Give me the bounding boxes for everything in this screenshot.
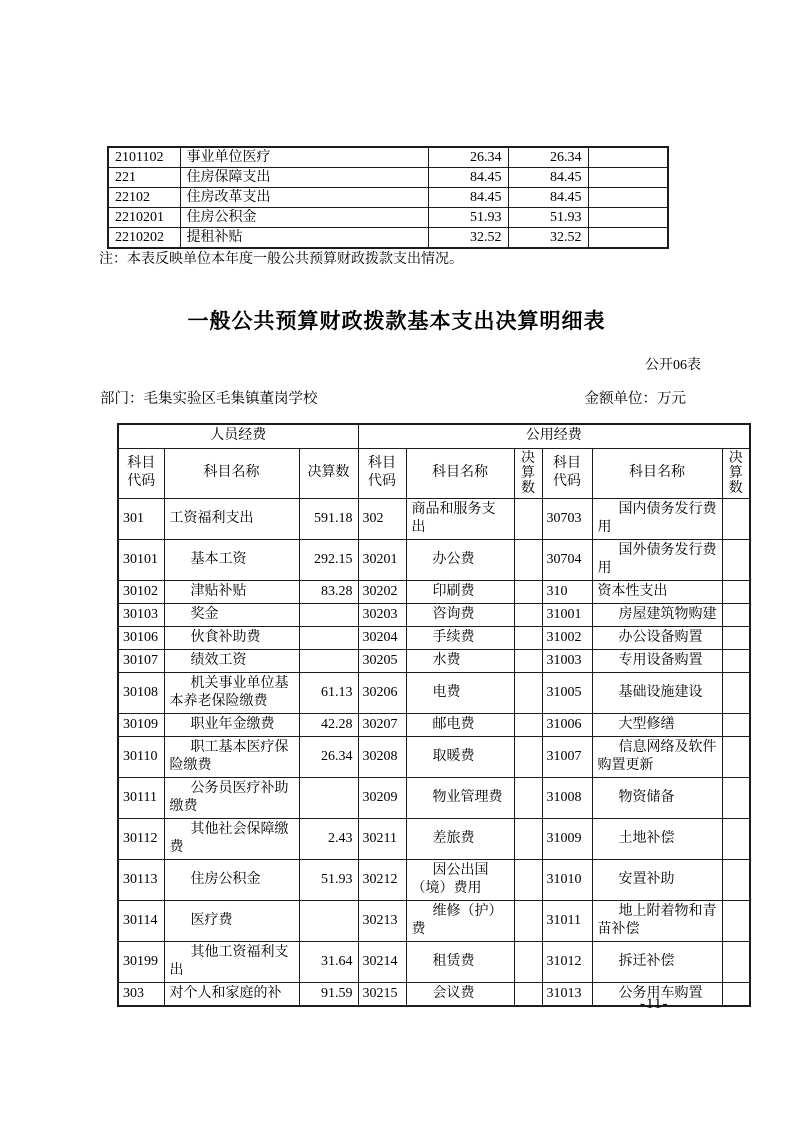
cell-code: 30704 — [542, 539, 592, 580]
cell-code: 2101102 — [108, 147, 180, 168]
cell-value: 61.13 — [299, 672, 358, 713]
cell-code: 301 — [118, 498, 164, 539]
cell-value — [588, 208, 668, 228]
cell-value — [514, 982, 542, 1006]
cell-name: 专用设备购置 — [592, 649, 722, 672]
cell-code: 31011 — [542, 900, 592, 941]
col-header-final-amount-1: 决算数 — [299, 448, 358, 498]
detail-table-body: 301工资福利支出591.18302商品和服务支出30703国内债务发行费用30… — [118, 498, 750, 1006]
cell-value: 84.45 — [508, 168, 588, 188]
col-header-subject-name-3: 科目名称 — [592, 448, 722, 498]
cell-value: 42.28 — [299, 713, 358, 736]
cell-name: 事业单位医疗 — [180, 147, 428, 168]
cell-code: 2210201 — [108, 208, 180, 228]
cell-name: 房屋建筑物购建 — [592, 603, 722, 626]
cell-value — [722, 626, 750, 649]
cell-code: 31009 — [542, 818, 592, 859]
table-row: 30107绩效工资30205水费31003专用设备购置 — [118, 649, 750, 672]
cell-value — [722, 649, 750, 672]
cell-code: 30109 — [118, 713, 164, 736]
cell-name: 水费 — [406, 649, 514, 672]
cell-code: 30214 — [358, 941, 406, 982]
cell-name: 地上附着物和青苗补偿 — [592, 900, 722, 941]
document-page: 2101102事业单位医疗26.3426.34221住房保障支出84.4584.… — [0, 0, 793, 1122]
cell-value — [722, 736, 750, 777]
cell-code: 30208 — [358, 736, 406, 777]
table-row: 30109职业年金缴费42.2830207邮电费31006大型修缮 — [118, 713, 750, 736]
cell-value: 591.18 — [299, 498, 358, 539]
cell-code: 30213 — [358, 900, 406, 941]
cell-value — [514, 941, 542, 982]
cell-value — [514, 777, 542, 818]
cell-value — [722, 713, 750, 736]
table-row: 30111公务员医疗补助缴费30209物业管理费31008物资储备 — [118, 777, 750, 818]
cell-code: 302 — [358, 498, 406, 539]
page-number: -11- — [640, 996, 668, 1013]
cell-code: 30110 — [118, 736, 164, 777]
cell-name: 因公出国（境）费用 — [406, 859, 514, 900]
cell-name: 奖金 — [164, 603, 299, 626]
cell-value: 31.64 — [299, 941, 358, 982]
table-row: 30112其他社会保障缴费2.4330211差旅费31009土地补偿 — [118, 818, 750, 859]
cell-value — [514, 580, 542, 603]
cell-code: 303 — [118, 982, 164, 1006]
table-row: 30103奖金30203咨询费31001房屋建筑物购建 — [118, 603, 750, 626]
cell-value — [299, 649, 358, 672]
header-personnel-expenses: 人员经费 — [118, 424, 358, 448]
col-header-subject-name-1: 科目名称 — [164, 448, 299, 498]
cell-name: 拆迁补偿 — [592, 941, 722, 982]
cell-value — [722, 539, 750, 580]
cell-code: 31001 — [542, 603, 592, 626]
cell-name: 住房保障支出 — [180, 168, 428, 188]
cell-code: 30114 — [118, 900, 164, 941]
cell-code: 31003 — [542, 649, 592, 672]
cell-code: 30112 — [118, 818, 164, 859]
cell-value — [722, 941, 750, 982]
cell-code: 30703 — [542, 498, 592, 539]
cell-value: 84.45 — [508, 188, 588, 208]
carryover-table-body: 2101102事业单位医疗26.3426.34221住房保障支出84.4584.… — [108, 147, 668, 248]
col-header-subject-code-3: 科目代码 — [542, 448, 592, 498]
col-header-final-amount-2: 决算数 — [514, 448, 542, 498]
cell-code: 30113 — [118, 859, 164, 900]
cell-value — [514, 603, 542, 626]
cell-value: 26.34 — [428, 147, 508, 168]
cell-value: 32.52 — [508, 228, 588, 249]
cell-code: 30205 — [358, 649, 406, 672]
cell-name: 差旅费 — [406, 818, 514, 859]
cell-value — [514, 649, 542, 672]
table-row: 30106伙食补助费30204手续费31002办公设备购置 — [118, 626, 750, 649]
cell-name: 基础设施建设 — [592, 672, 722, 713]
cell-value — [514, 672, 542, 713]
cell-value — [722, 580, 750, 603]
table-row: 30114医疗费30213维修（护）费31011地上附着物和青苗补偿 — [118, 900, 750, 941]
cell-name: 手续费 — [406, 626, 514, 649]
header-public-expenses: 公用经费 — [358, 424, 750, 448]
cell-value: 84.45 — [428, 168, 508, 188]
cell-name: 国外债务发行费用 — [592, 539, 722, 580]
amount-unit-label: 金额单位：万元 — [585, 387, 687, 408]
cell-code: 31007 — [542, 736, 592, 777]
table-row: 30102津贴补贴83.2830202印刷费310资本性支出 — [118, 580, 750, 603]
cell-value — [722, 900, 750, 941]
cell-value: 2.43 — [299, 818, 358, 859]
cell-value — [722, 672, 750, 713]
cell-name: 公务员医疗补助缴费 — [164, 777, 299, 818]
cell-name: 国内债务发行费用 — [592, 498, 722, 539]
table-row: 30101基本工资292.1530201办公费30704国外债务发行费用 — [118, 539, 750, 580]
cell-name: 咨询费 — [406, 603, 514, 626]
cell-value: 51.93 — [299, 859, 358, 900]
cell-code: 31013 — [542, 982, 592, 1006]
cell-code: 221 — [108, 168, 180, 188]
cell-code: 30204 — [358, 626, 406, 649]
table-row: 22102住房改革支出84.4584.45 — [108, 188, 668, 208]
cell-name: 土地补偿 — [592, 818, 722, 859]
cell-value — [514, 626, 542, 649]
cell-name: 对个人和家庭的补 — [164, 982, 299, 1006]
cell-name: 绩效工资 — [164, 649, 299, 672]
cell-name: 物资储备 — [592, 777, 722, 818]
table-row: 301工资福利支出591.18302商品和服务支出30703国内债务发行费用 — [118, 498, 750, 539]
sheet-label: 公开06表 — [645, 354, 701, 374]
cell-name: 津贴补贴 — [164, 580, 299, 603]
table-row: 30110职工基本医疗保险缴费26.3430208取暖费31007信息网络及软件… — [118, 736, 750, 777]
cell-code: 30108 — [118, 672, 164, 713]
cell-code: 30199 — [118, 941, 164, 982]
cell-name: 医疗费 — [164, 900, 299, 941]
cell-code: 30202 — [358, 580, 406, 603]
cell-name: 其他社会保障缴费 — [164, 818, 299, 859]
table-note: 注：本表反映单位本年度一般公共预算财政拨款支出情况。 — [99, 251, 463, 268]
cell-name: 取暖费 — [406, 736, 514, 777]
cell-name: 机关事业单位基本养老保险缴费 — [164, 672, 299, 713]
cell-code: 30101 — [118, 539, 164, 580]
cell-name: 其他工资福利支出 — [164, 941, 299, 982]
cell-name: 提租补贴 — [180, 228, 428, 249]
cell-value — [514, 713, 542, 736]
table-row: 30113住房公积金51.9330212因公出国（境）费用31010安置补助 — [118, 859, 750, 900]
basic-expenditure-detail-table: 人员经费 公用经费 科目代码 科目名称 决算数 科目代码 科目名称 决算数 科目… — [117, 423, 751, 1007]
cell-code: 30211 — [358, 818, 406, 859]
cell-value — [588, 168, 668, 188]
cell-code: 30103 — [118, 603, 164, 626]
cell-code: 30106 — [118, 626, 164, 649]
cell-value — [299, 626, 358, 649]
cell-value — [722, 982, 750, 1006]
cell-code: 30206 — [358, 672, 406, 713]
col-header-subject-name-2: 科目名称 — [406, 448, 514, 498]
cell-name: 伙食补助费 — [164, 626, 299, 649]
cell-code: 30209 — [358, 777, 406, 818]
cell-name: 电费 — [406, 672, 514, 713]
cell-name: 信息网络及软件购置更新 — [592, 736, 722, 777]
cell-code: 30215 — [358, 982, 406, 1006]
cell-code: 31012 — [542, 941, 592, 982]
cell-value — [722, 818, 750, 859]
cell-value — [588, 228, 668, 249]
cell-code: 22102 — [108, 188, 180, 208]
col-header-subject-code-2: 科目代码 — [358, 448, 406, 498]
cell-value — [588, 147, 668, 168]
cell-value — [722, 498, 750, 539]
cell-value — [299, 777, 358, 818]
cell-name: 住房公积金 — [164, 859, 299, 900]
cell-value: 83.28 — [299, 580, 358, 603]
table-row: 2210202提租补贴32.5232.52 — [108, 228, 668, 249]
cell-code: 30212 — [358, 859, 406, 900]
cell-value — [722, 777, 750, 818]
department-label: 部门：毛集实验区毛集镇董岗学校 — [100, 387, 318, 408]
cell-name: 办公设备购置 — [592, 626, 722, 649]
cell-name: 住房改革支出 — [180, 188, 428, 208]
cell-name: 物业管理费 — [406, 777, 514, 818]
cell-name: 安置补助 — [592, 859, 722, 900]
cell-value — [514, 818, 542, 859]
group-header-row: 人员经费 公用经费 — [118, 424, 750, 448]
table-row: 2101102事业单位医疗26.3426.34 — [108, 147, 668, 168]
cell-code: 31008 — [542, 777, 592, 818]
cell-code: 30207 — [358, 713, 406, 736]
table-row: 30199其他工资福利支出31.6430214租赁费31012拆迁补偿 — [118, 941, 750, 982]
col-header-final-amount-3: 决算数 — [722, 448, 750, 498]
cell-name: 办公费 — [406, 539, 514, 580]
cell-code: 31002 — [542, 626, 592, 649]
cell-value: 91.59 — [299, 982, 358, 1006]
carryover-expenditure-table: 2101102事业单位医疗26.3426.34221住房保障支出84.4584.… — [107, 146, 669, 249]
cell-name: 租赁费 — [406, 941, 514, 982]
cell-value — [588, 188, 668, 208]
cell-value: 26.34 — [508, 147, 588, 168]
cell-name: 基本工资 — [164, 539, 299, 580]
cell-name: 住房公积金 — [180, 208, 428, 228]
col-header-subject-code-1: 科目代码 — [118, 448, 164, 498]
cell-code: 30111 — [118, 777, 164, 818]
detail-table-header: 人员经费 公用经费 科目代码 科目名称 决算数 科目代码 科目名称 决算数 科目… — [118, 424, 750, 498]
cell-code: 30107 — [118, 649, 164, 672]
cell-code: 31006 — [542, 713, 592, 736]
cell-name: 会议费 — [406, 982, 514, 1006]
cell-value — [722, 603, 750, 626]
cell-code: 2210202 — [108, 228, 180, 249]
cell-code: 30102 — [118, 580, 164, 603]
cell-value: 26.34 — [299, 736, 358, 777]
cell-value — [299, 900, 358, 941]
cell-name: 职业年金缴费 — [164, 713, 299, 736]
cell-value — [514, 736, 542, 777]
cell-name: 商品和服务支出 — [406, 498, 514, 539]
cell-code: 310 — [542, 580, 592, 603]
report-title: 一般公共预算财政拨款基本支出决算明细表 — [0, 305, 793, 335]
cell-value — [299, 603, 358, 626]
cell-name: 职工基本医疗保险缴费 — [164, 736, 299, 777]
table-row: 30108机关事业单位基本养老保险缴费61.1330206电费31005基础设施… — [118, 672, 750, 713]
cell-value: 51.93 — [508, 208, 588, 228]
table-row: 2210201住房公积金51.9351.93 — [108, 208, 668, 228]
column-header-row: 科目代码 科目名称 决算数 科目代码 科目名称 决算数 科目代码 科目名称 决算… — [118, 448, 750, 498]
cell-name: 维修（护）费 — [406, 900, 514, 941]
cell-value — [514, 900, 542, 941]
cell-value: 32.52 — [428, 228, 508, 249]
table-row: 221住房保障支出84.4584.45 — [108, 168, 668, 188]
cell-code: 30201 — [358, 539, 406, 580]
cell-code: 31010 — [542, 859, 592, 900]
cell-name: 资本性支出 — [592, 580, 722, 603]
meta-row: 部门：毛集实验区毛集镇董岗学校 金额单位：万元 — [100, 387, 686, 408]
cell-code: 31005 — [542, 672, 592, 713]
cell-value: 51.93 — [428, 208, 508, 228]
cell-value — [514, 859, 542, 900]
cell-name: 邮电费 — [406, 713, 514, 736]
cell-name: 工资福利支出 — [164, 498, 299, 539]
cell-name: 印刷费 — [406, 580, 514, 603]
cell-value — [514, 539, 542, 580]
cell-value: 84.45 — [428, 188, 508, 208]
cell-name: 大型修缮 — [592, 713, 722, 736]
cell-code: 30203 — [358, 603, 406, 626]
cell-value — [514, 498, 542, 539]
cell-value — [722, 859, 750, 900]
cell-value: 292.15 — [299, 539, 358, 580]
